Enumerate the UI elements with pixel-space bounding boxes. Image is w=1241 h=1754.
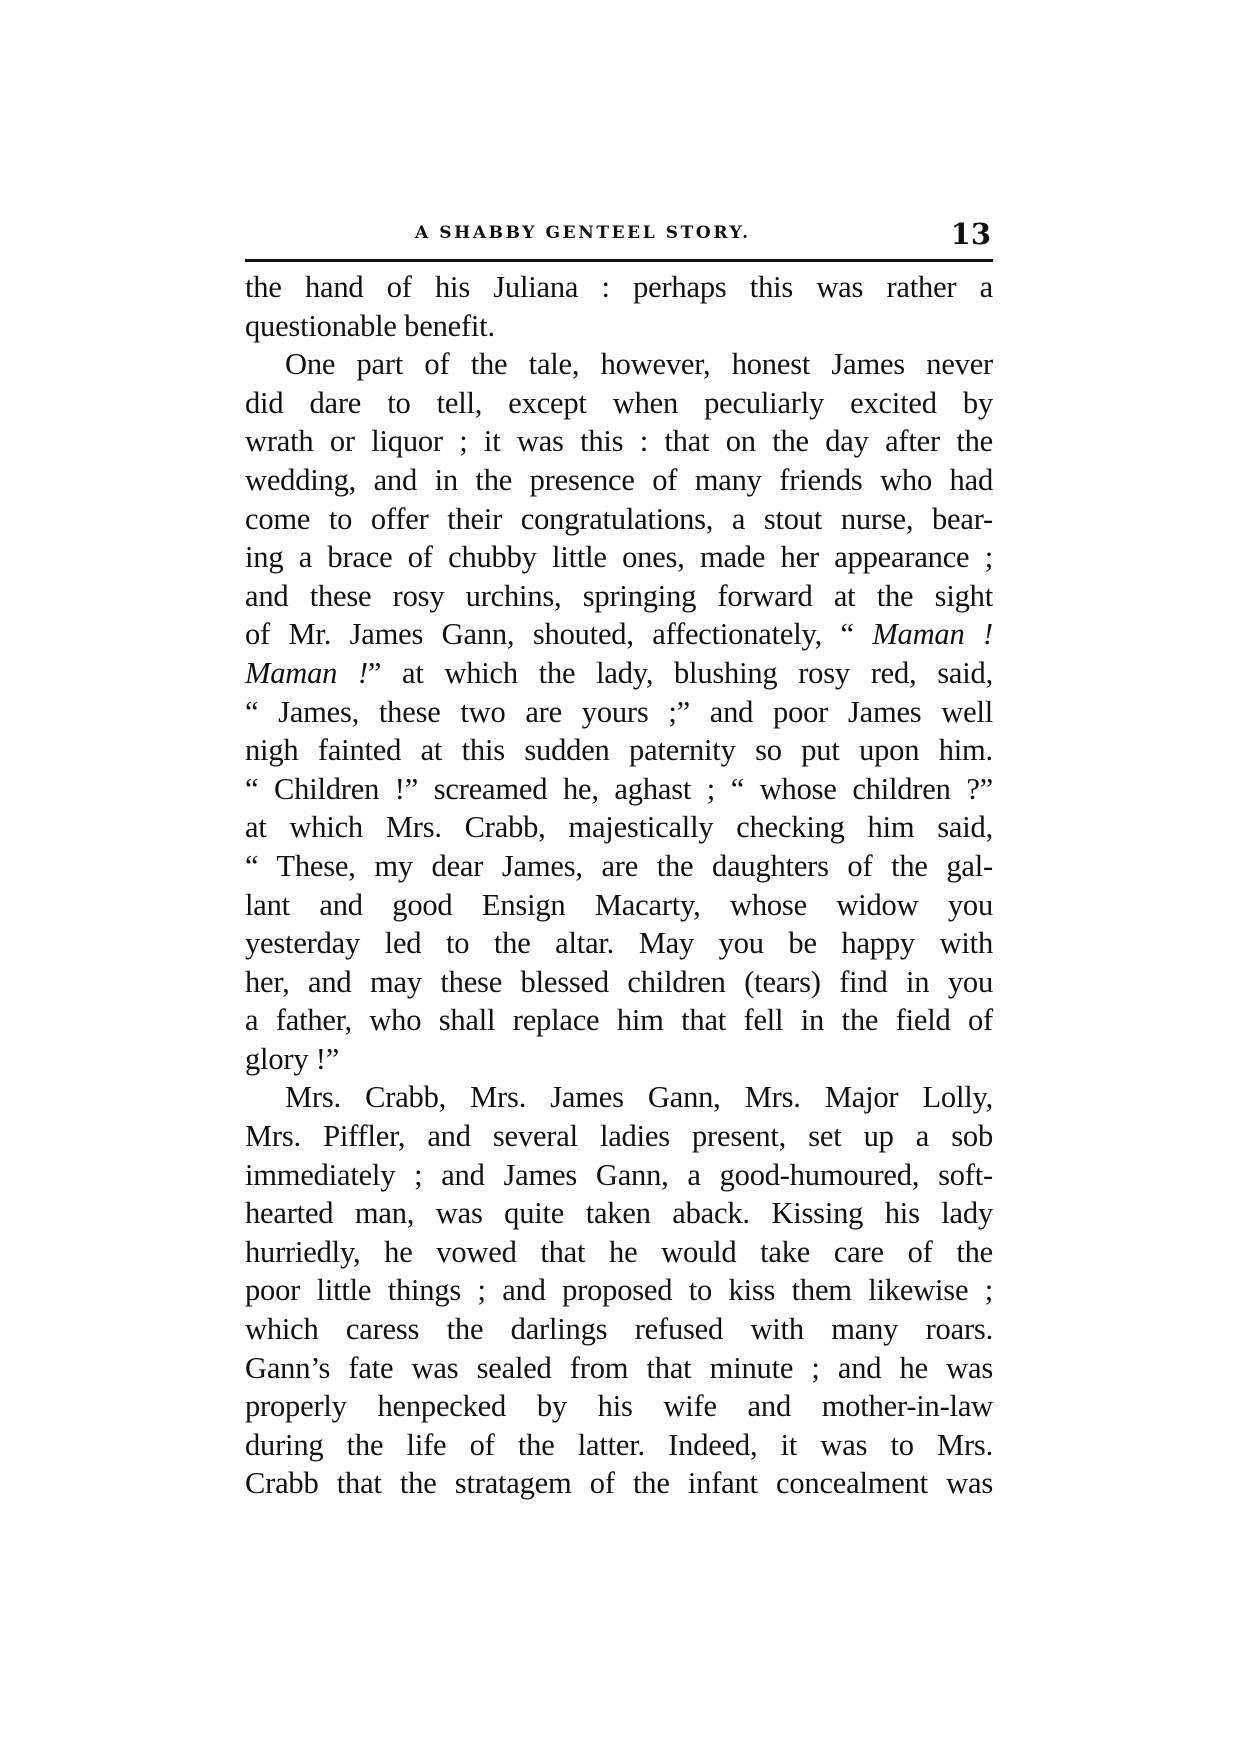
text-line: “ Children !” screamed he, aghast ; “ wh…: [245, 770, 993, 809]
text-line: of Mr. James Gann, shouted, affectionate…: [245, 615, 993, 654]
text-line: come to offer their congratulations, a s…: [245, 500, 993, 539]
text-line: yesterday led to the altar. May you be h…: [245, 924, 993, 963]
text-line: properly henpecked by his wife and mothe…: [245, 1387, 993, 1426]
text-line: hearted man, was quite taken aback. Kiss…: [245, 1194, 993, 1233]
text-line: questionable benefit.: [245, 307, 993, 346]
text-line: poor little things ; and proposed to kis…: [245, 1271, 993, 1310]
text-line: lant and good Ensign Macarty, whose wido…: [245, 886, 993, 925]
italic-text: Maman !: [872, 617, 993, 651]
text-line: which caress the darlings refused with m…: [245, 1310, 993, 1349]
text-line: glory !”: [245, 1040, 993, 1079]
text-line: wedding, and in the presence of many fri…: [245, 461, 993, 500]
running-title: A SHABBY GENTEEL STORY.: [415, 223, 751, 243]
italic-text: Maman !: [245, 656, 368, 690]
text-line: Maman !” at which the lady, blushing ros…: [245, 654, 993, 693]
text-line: “ These, my dear James, are the daughter…: [245, 847, 993, 886]
header-rule: [245, 259, 993, 262]
text-line: ing a brace of chubby little ones, made …: [245, 538, 993, 577]
text-line: Gann’s fate was sealed from that minute …: [245, 1349, 993, 1388]
body-text: the hand of his Juliana : perhaps this w…: [245, 268, 993, 1503]
text-line: a father, who shall replace him that fel…: [245, 1001, 993, 1040]
text-line: Crabb that the stratagem of the infant c…: [245, 1464, 993, 1503]
text-line: Mrs. Crabb, Mrs. James Gann, Mrs. Major …: [245, 1078, 993, 1117]
text-line: during the life of the latter. Indeed, i…: [245, 1426, 993, 1465]
text-line: One part of the tale, however, honest Ja…: [245, 345, 993, 384]
text-line: nigh fainted at this sudden paternity so…: [245, 731, 993, 770]
book-page: A SHABBY GENTEEL STORY. 13 the hand of h…: [245, 215, 993, 1503]
text-line: her, and may these blessed children (tea…: [245, 963, 993, 1002]
text-line: immediately ; and James Gann, a good-hum…: [245, 1156, 993, 1195]
text-line: at which Mrs. Crabb, majestically checki…: [245, 808, 993, 847]
text-line: and these rosy urchins, springing forwar…: [245, 577, 993, 616]
text-line: the hand of his Juliana : perhaps this w…: [245, 268, 993, 307]
text-line: Mrs. Piffler, and several ladies present…: [245, 1117, 993, 1156]
text-line: hurriedly, he vowed that he would take c…: [245, 1233, 993, 1272]
text-line: did dare to tell, except when peculiarly…: [245, 384, 993, 423]
running-head: A SHABBY GENTEEL STORY. 13: [245, 215, 993, 255]
text-line: wrath or liquor ; it was this : that on …: [245, 422, 993, 461]
page-number: 13: [951, 217, 991, 251]
text-line: “ James, these two are yours ;” and poor…: [245, 693, 993, 732]
